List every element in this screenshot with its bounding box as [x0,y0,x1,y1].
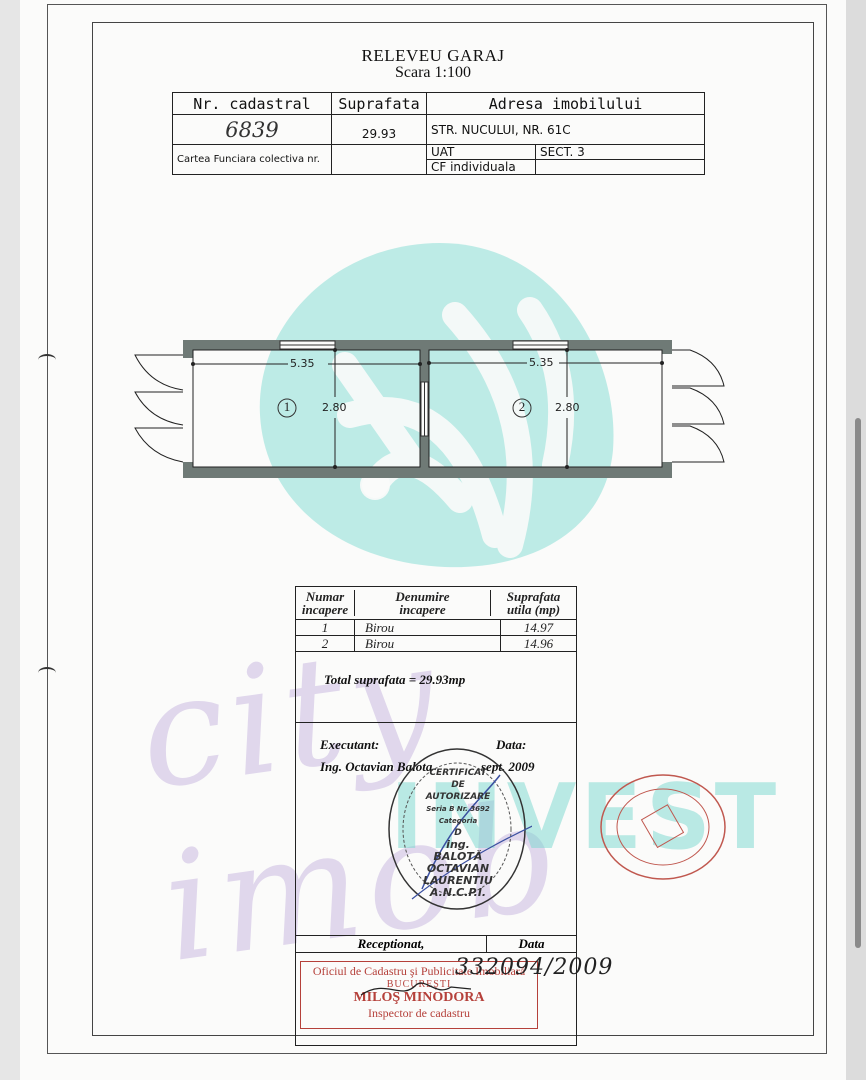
stamp-line: DE [422,779,494,791]
row-area: 14.96 [501,636,576,651]
reception-header: Receptionat, Data [296,936,576,953]
stamp-line: Categoria [422,815,494,827]
stamp-line: A.N.C.P.I. [422,887,494,899]
row-name: Birou [355,620,501,635]
scrollbar[interactable] [846,0,866,1080]
room-2-number: 2 [515,399,529,415]
header-name-line2: incapere [355,603,490,616]
total-area-section: Total suprafata = 29.93mp [296,652,576,723]
reception-date-label: Data [487,936,576,952]
executant-section: Executant: Ing. Octavian Balota Data: se… [296,723,576,936]
office-round-stamp-icon [598,772,728,882]
stamp-line: Seria B Nr. 3692 [422,803,494,815]
room-table-header: Numarincapere Denumireincapere Suprafata… [296,587,576,620]
room-2-length: 5.35 [529,356,554,369]
reception-label: Receptionat, [296,936,487,952]
stamp-line: CERTIFICAT [422,767,494,779]
room-1-number: 1 [280,399,294,415]
header-area-line2: utila (mp) [491,603,576,616]
stamp-line: AUTORIZARE [422,791,494,803]
row-number: 1 [296,620,355,635]
inspector-role: Inspector de cadastru [301,1006,537,1021]
stamp-line: ing. BALOTĂ [422,839,494,863]
header-number-line2: incapere [296,603,354,616]
total-area: Total suprafata = 29.93mp [324,672,465,688]
executant-label: Executant: [320,737,379,753]
table-row: 2 Birou 14.96 [296,636,576,652]
row-number: 2 [296,636,355,651]
row-area: 14.97 [501,620,576,635]
table-row: 1 Birou 14.97 [296,620,576,636]
punch-hole [38,667,56,679]
room-1-length: 5.35 [290,357,315,370]
room-1-width: 2.80 [322,401,347,414]
room-2-width: 2.80 [555,401,580,414]
row-name: Birou [355,636,501,651]
scrollbar-thumb[interactable] [855,418,861,948]
registration-number: 332094/2009 [455,955,613,980]
floor-plan [0,0,866,500]
